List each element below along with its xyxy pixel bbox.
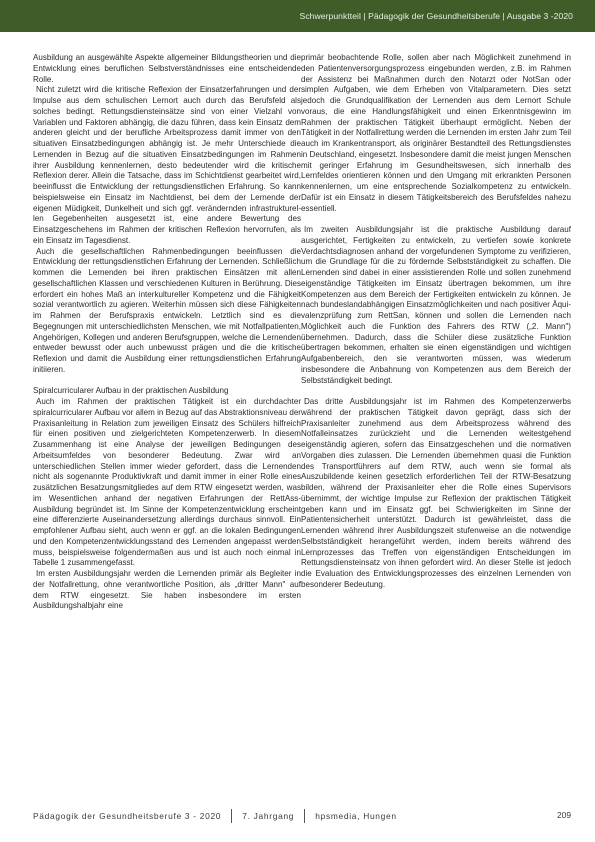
paragraph: Nicht zuletzt wird die kritische Reflexi… bbox=[33, 85, 301, 246]
paragraph: Ausbildung an ausgewählte Aspekte allgem… bbox=[33, 53, 301, 85]
section-subheading: Spiralcurricularer Aufbau in der praktis… bbox=[33, 386, 301, 397]
paragraph: Im ersten Ausbildungsjahr werden die Ler… bbox=[33, 569, 301, 612]
footer-divider bbox=[231, 809, 232, 823]
paragraph: Im zweiten Ausbildungsjahr ist die prakt… bbox=[301, 225, 571, 386]
paragraph: primär beobachtende Rolle, sollen aber n… bbox=[301, 53, 571, 214]
footer-divider bbox=[304, 809, 305, 823]
page-footer: Pädagogik der Gesundheitsberufe 3 - 2020… bbox=[33, 809, 571, 823]
running-header: Schwerpunktteil | Pädagogik der Gesundhe… bbox=[0, 0, 595, 32]
left-column: Ausbildung an ausgewählte Aspekte allgem… bbox=[33, 53, 301, 612]
paragraph: Das dritte Ausbildungsjahr ist im Rahmen… bbox=[301, 397, 571, 591]
page-number: 209 bbox=[557, 810, 571, 820]
footer-journal: Pädagogik der Gesundheitsberufe 3 - 2020 bbox=[33, 811, 221, 821]
paragraph: Auch im Rahmen der praktischen Tätigkeit… bbox=[33, 397, 301, 569]
right-column: primär beobachtende Rolle, sollen aber n… bbox=[301, 53, 571, 591]
footer-publisher: hpsmedia, Hungen bbox=[315, 811, 397, 821]
running-title: Schwerpunktteil | Pädagogik der Gesundhe… bbox=[300, 11, 573, 21]
paragraph: Auch die gesellschaftlichen Rahmenbeding… bbox=[33, 247, 301, 376]
footer-volume: 7. Jahrgang bbox=[242, 811, 294, 821]
